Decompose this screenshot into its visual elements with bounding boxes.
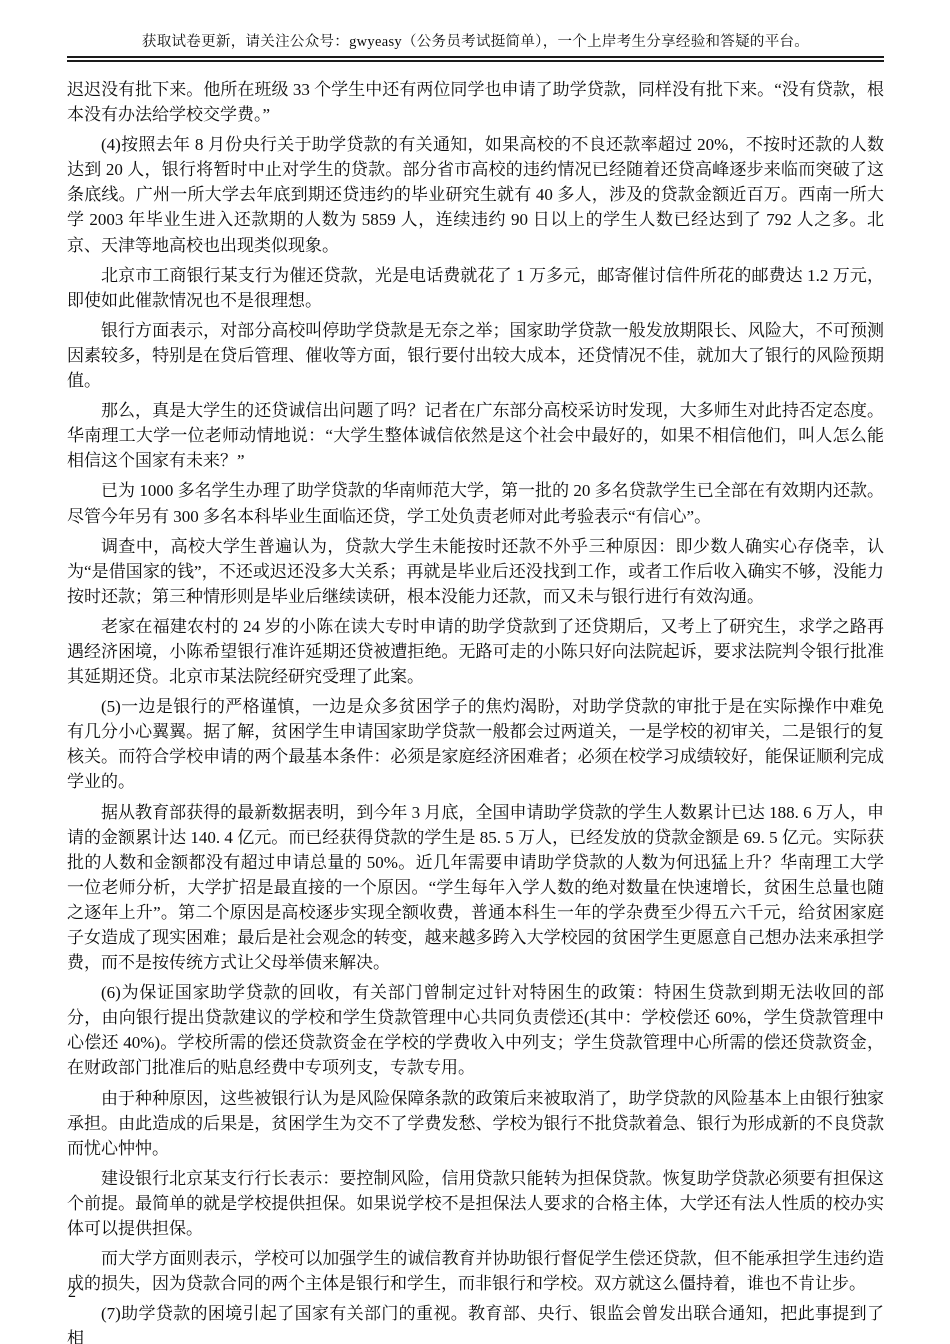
page-number: 2 (68, 1284, 76, 1302)
body-paragraph-2: (4)按照去年 8 月份央行关于助学贷款的有关通知，如果高校的不良还款率超过 2… (67, 132, 884, 257)
body-paragraph-12: 由于种种原因，这些被银行认为是风险保障条款的政策后来被取消了，助学贷款的风险基本… (67, 1086, 884, 1161)
document-body: 迟迟没有批下来。他所在班级 33 个学生中还有两位同学也申请了助学贷款，同样没有… (67, 77, 884, 1344)
body-paragraph-11: (6)为保证国家助学贷款的回收，有关部门曾制定过针对特困生的政策：特困生贷款到期… (67, 980, 884, 1080)
document-page: 获取试卷更新，请关注公众号：gwyeasy（公务员考试挺简单），一个上岸考生分享… (0, 0, 950, 1344)
body-paragraph-7: 调查中，高校大学生普遍认为，贷款大学生未能按时还款不外乎三种原因：即少数人确实心… (67, 534, 884, 609)
body-paragraph-8: 老家在福建农村的 24 岁的小陈在读大专时申请的助学贷款到了还贷期后，又考上了研… (67, 614, 884, 689)
body-paragraph-10: 据从教育部获得的最新数据表明，到今年 3 月底，全国申请助学贷款的学生人数累计已… (67, 800, 884, 976)
body-paragraph-3: 北京市工商银行某支行为催还贷款，光是电话费就花了 1 万多元，邮寄催讨信件所花的… (67, 263, 884, 313)
body-paragraph-14: 而大学方面则表示，学校可以加强学生的诚信教育并协助银行督促学生偿还贷款，但不能承… (67, 1246, 884, 1296)
body-paragraph-15: (7)助学贷款的困境引起了国家有关部门的重视。教育部、央行、银监会曾发出联合通知… (67, 1301, 884, 1344)
body-paragraph-5: 那么，真是大学生的还贷诚信出问题了吗？记者在广东部分高校采访时发现，大多师生对此… (67, 398, 884, 473)
body-paragraph-6: 已为 1000 多名学生办理了助学贷款的华南师范大学，第一批的 20 多名贷款学… (67, 478, 884, 528)
body-paragraph-4: 银行方面表示，对部分高校叫停助学贷款是无奈之举；国家助学贷款一般发放期限长、风险… (67, 318, 884, 393)
header-notice: 获取试卷更新，请关注公众号：gwyeasy（公务员考试挺简单），一个上岸考生分享… (67, 30, 884, 51)
body-paragraph-9: (5)一边是银行的严格谨慎，一边是众多贫困学子的焦灼渴盼，对助学贷款的审批于是在… (67, 694, 884, 794)
header-rule-divider (67, 56, 884, 62)
body-paragraph-1: 迟迟没有批下来。他所在班级 33 个学生中还有两位同学也申请了助学贷款，同样没有… (67, 77, 884, 127)
body-paragraph-13: 建设银行北京某支行行长表示：要控制风险，信用贷款只能转为担保贷款。恢复助学贷款必… (67, 1166, 884, 1241)
